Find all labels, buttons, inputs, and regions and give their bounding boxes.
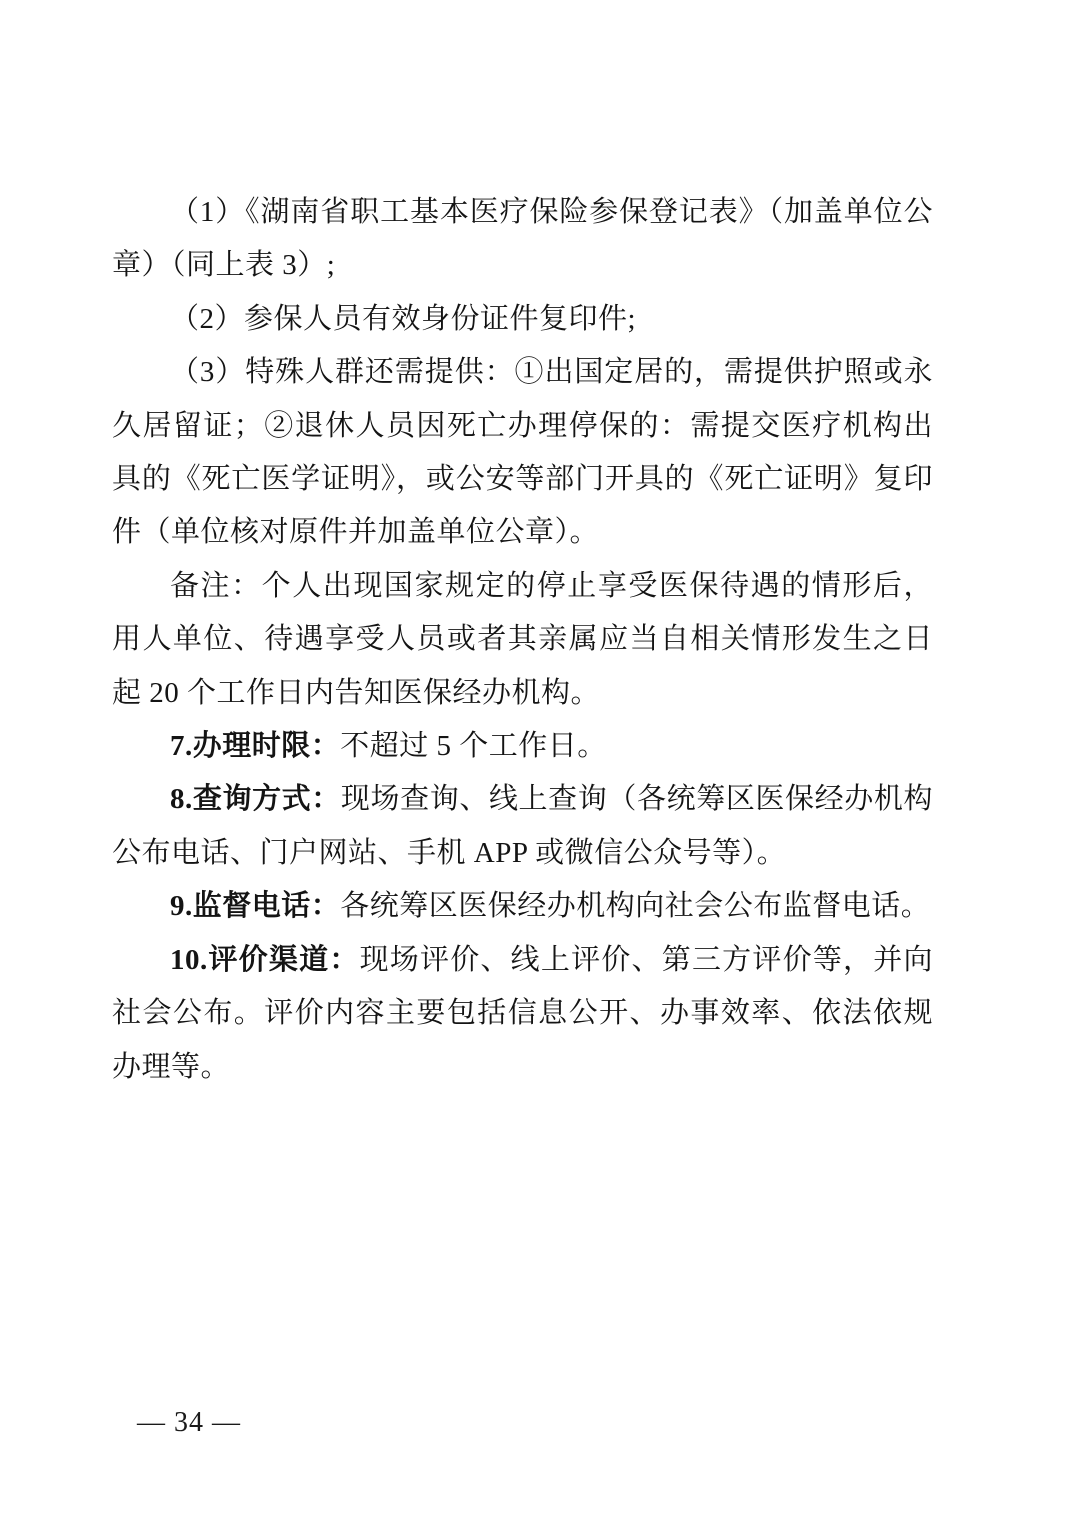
paragraph: （3）特殊人群还需提供：①出国定居的，需提供护照或永久居留证；②退休人员因死亡办…	[112, 346, 933, 560]
paragraph-label: 8.查询方式：	[170, 783, 341, 815]
paragraph: 8.查询方式：现场查询、线上查询（各统筹区医保经办机构公布电话、门户网站、手机 …	[112, 773, 933, 880]
paragraph: （2）参保人员有效身份证件复印件;	[112, 293, 933, 346]
paragraph-label: 7.办理时限：	[170, 730, 340, 762]
document-body: （1）《湖南省职工基本医疗保险参保登记表》（加盖单位公章）（同上表 3）;（2）…	[112, 186, 933, 1094]
paragraph: （1）《湖南省职工基本医疗保险参保登记表》（加盖单位公章）（同上表 3）;	[112, 186, 933, 293]
page-number: — 34 —	[137, 1405, 241, 1441]
paragraph-text: 各统筹区医保经办机构向社会公布监督电话。	[340, 890, 930, 922]
paragraph-label: 9.监督电话：	[170, 890, 340, 922]
paragraph: 9.监督电话：各统筹区医保经办机构向社会公布监督电话。	[112, 880, 933, 933]
paragraph: 7.办理时限：不超过 5 个工作日。	[112, 720, 933, 773]
paragraph: 10.评价渠道：现场评价、线上评价、第三方评价等，并向社会公布。评价内容主要包括…	[112, 934, 933, 1094]
document-page: （1）《湖南省职工基本医疗保险参保登记表》（加盖单位公章）（同上表 3）;（2）…	[0, 0, 1074, 1520]
paragraph-text: 不超过 5 个工作日。	[340, 730, 607, 762]
paragraph-text: （2）参保人员有效身份证件复印件;	[170, 303, 636, 335]
paragraph: 备注：个人出现国家规定的停止享受医保待遇的情形后，用人单位、待遇享受人员或者其亲…	[112, 560, 933, 720]
paragraph-text: （1）《湖南省职工基本医疗保险参保登记表》（加盖单位公章）（同上表 3）;	[112, 196, 933, 281]
paragraph-text: 备注：个人出现国家规定的停止享受医保待遇的情形后，用人单位、待遇享受人员或者其亲…	[112, 570, 933, 709]
paragraph-text: （3）特殊人群还需提供：①出国定居的，需提供护照或永久居留证；②退休人员因死亡办…	[112, 356, 933, 548]
paragraph-label: 10.评价渠道：	[170, 944, 360, 976]
